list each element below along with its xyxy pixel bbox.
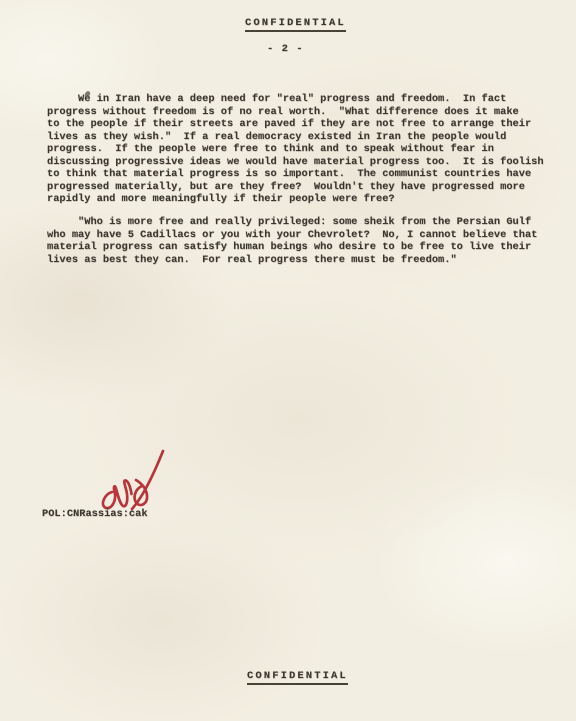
classification-header: CONFIDENTIAL: [245, 17, 346, 32]
body-paragraph-2: "Who is more free and really privileged:…: [47, 216, 537, 266]
body-paragraph-1: We in Iran have a deep need for "real" p…: [47, 93, 544, 206]
drafter-identification-line: POL:CNRassias:cak: [42, 508, 148, 520]
classification-footer: CONFIDENTIAL: [247, 670, 348, 685]
signature-initials-red-ink: [92, 444, 180, 516]
signature-loop-stroke: [103, 480, 132, 508]
signature-ink-strokes: [92, 444, 180, 516]
page-number: - 2 -: [267, 43, 304, 55]
scanned-document-page: CONFIDENTIAL - 2 - We in Iran have a dee…: [0, 0, 576, 721]
